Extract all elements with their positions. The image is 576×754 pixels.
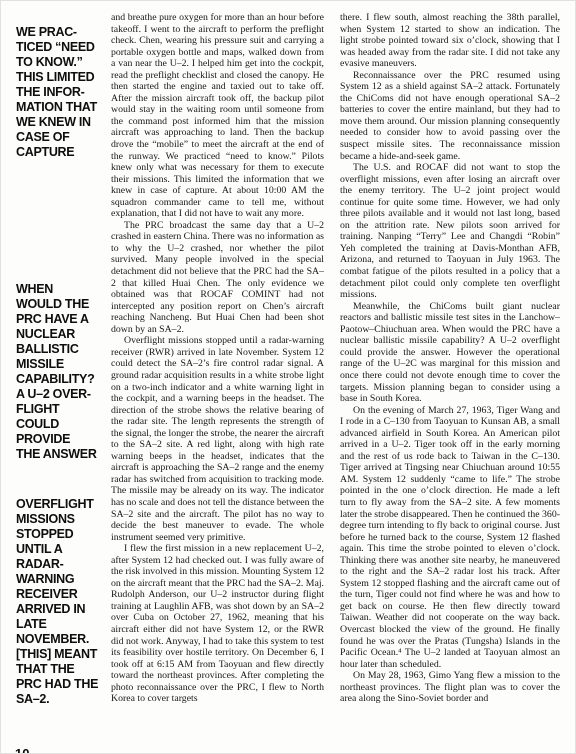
paragraph: The PRC broadcast the same day that a U–… (111, 220, 324, 335)
paragraph: Reconnaissance over the PRC resumed usin… (340, 70, 560, 162)
paragraph: Meanwhile, the ChiComs built giant nucle… (340, 301, 560, 405)
paragraph: there. I flew south, almost reaching the… (340, 12, 560, 70)
paragraph: The U.S. and ROCAF did not want to stop … (340, 162, 560, 301)
paragraph: Overflight missions stopped until a rada… (111, 335, 324, 543)
paragraph: and breathe pure oxygen for more than an… (111, 12, 324, 220)
paragraph: On May 28, 1963, Gimo Yang flew a missio… (340, 670, 560, 705)
body-column-right: there. I flew south, almost reaching the… (340, 12, 560, 705)
margin-note-nuclear-capability: WHEN WOULD THE PRC HAVE A NUCLEAR BALLIS… (16, 282, 110, 462)
body-column-left: and breathe pure oxygen for more than an… (111, 12, 324, 705)
document-page: WE PRAC- TICED “NEED TO KNOW.” THIS LIMI… (0, 0, 576, 754)
paragraph: I flew the first mission in a new replac… (111, 543, 324, 705)
page-number: 10 (15, 746, 29, 754)
paragraph: On the evening of March 27, 1963, Tiger … (340, 405, 560, 671)
margin-note-need-to-know: WE PRAC- TICED “NEED TO KNOW.” THIS LIMI… (16, 25, 110, 160)
margin-note-overflight-stopped: OVERFLIGHT MISSIONS STOPPED UNTIL A RADA… (16, 497, 110, 707)
